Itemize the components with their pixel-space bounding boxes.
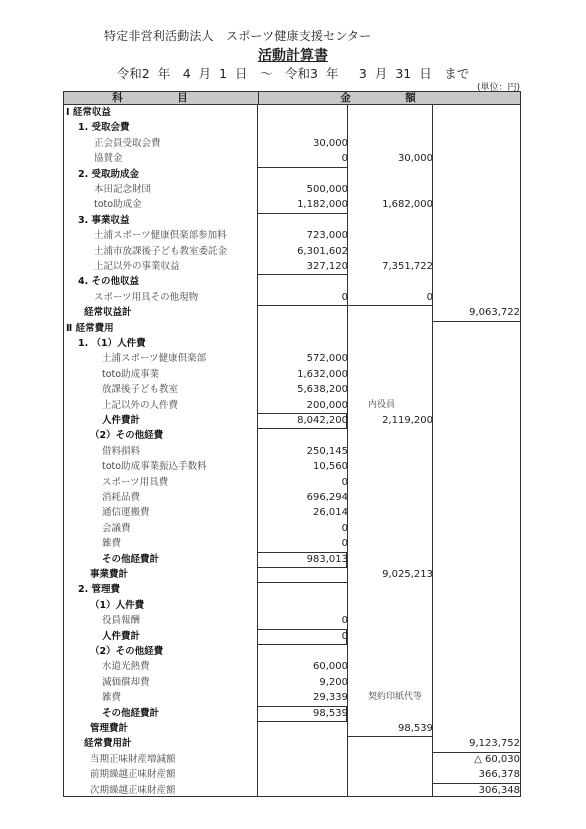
- row-label: 上記以外の人件費: [102, 398, 178, 413]
- rule-line: [257, 167, 347, 168]
- table-row: 土浦市放課後子ども教室委託金6,301,602: [64, 244, 520, 259]
- table-row: 1. （1）人件費: [64, 336, 520, 351]
- amount-c2: 572,000: [258, 351, 348, 366]
- row-label: 3. 事業収益: [78, 213, 130, 228]
- rule-line: [432, 752, 520, 753]
- row-label: 土浦スポーツ健康倶楽部参加料: [94, 228, 227, 243]
- row-label: 1. 受取会費: [78, 120, 130, 135]
- row-label: 人件費計: [102, 413, 140, 428]
- table-row: 土浦スポーツ健康倶楽部参加料723,000: [64, 228, 520, 243]
- table-row: 当期正味財産増減額△ 60,030: [64, 752, 520, 767]
- header-amount: 金 額: [258, 92, 520, 104]
- row-label: （2）その他経費: [90, 644, 163, 659]
- amount-c2: 500,000: [258, 182, 348, 197]
- amount-c2: 60,000: [258, 659, 348, 674]
- amount-c2: 0: [258, 521, 348, 536]
- table-row: （2）その他経費: [64, 644, 520, 659]
- table-row: 次期繰越正味財産額306,348: [64, 783, 520, 798]
- amount-c4: 366,378: [433, 767, 520, 782]
- row-label: 1. （1）人件費: [78, 336, 146, 351]
- row-label: スポーツ用具費: [102, 475, 168, 490]
- table-row: toto助成事業1,632,000: [64, 367, 520, 382]
- organization-name: 特定非営利活動法人 スポーツ健康支援センター: [104, 27, 371, 44]
- amount-c4: 9,063,722: [433, 305, 520, 320]
- amount-c2: 1,182,000: [258, 197, 348, 212]
- amount-c4: △ 60,030: [433, 752, 520, 767]
- document-title: 活動計算書: [0, 45, 586, 65]
- amount-c2: 10,560: [258, 459, 348, 474]
- row-label: 人件費計: [102, 629, 140, 644]
- row-label: 次期繰越正味財産額: [90, 783, 176, 798]
- amount-c2: 723,000: [258, 228, 348, 243]
- row-label: 4. その他収益: [78, 274, 139, 289]
- table-row: （2）その他経費: [64, 428, 520, 443]
- row-label: Ⅰ 経常収益: [66, 105, 111, 120]
- amount-c2: 200,000: [258, 398, 348, 413]
- row-label: 土浦市放課後子ども教室委託金: [94, 244, 227, 259]
- row-label: 経常収益計: [84, 305, 132, 320]
- rule-line: [257, 274, 347, 275]
- table-header: 科 目 金 額: [63, 91, 521, 105]
- row-label: 事業費計: [90, 567, 128, 582]
- document-title-text: 活動計算書: [258, 48, 328, 64]
- table-row: 4. その他収益: [64, 274, 520, 289]
- table-row: スポーツ用具費0: [64, 475, 520, 490]
- table-row: 雑費29,339契約印紙代等: [64, 690, 520, 705]
- table-row: （1）人件費: [64, 598, 520, 613]
- table-row: 2. 管理費: [64, 582, 520, 597]
- table-row: 放課後子ども教室5,638,200: [64, 382, 520, 397]
- row-label: 放課後子ども教室: [102, 382, 178, 397]
- table-row: 経常費用計9,123,752: [64, 736, 520, 751]
- row-label: 会議費: [102, 521, 131, 536]
- table-row: 借料損料250,145: [64, 444, 520, 459]
- amount-c2: 0: [258, 475, 348, 490]
- amount-c2: 696,294: [258, 490, 348, 505]
- subtotal-box: [257, 706, 347, 722]
- amount-c4: 9,123,752: [433, 736, 520, 751]
- table-row: 減価償却費9,200: [64, 675, 520, 690]
- amount-c3: 2,119,200: [348, 413, 433, 428]
- rule-line: [257, 582, 347, 583]
- amount-c3: 1,682,000: [348, 197, 433, 212]
- amount-c2: 1,632,000: [258, 367, 348, 382]
- amount-c3: 9,025,213: [348, 567, 433, 582]
- amount-c3: 7,351,722: [348, 259, 433, 274]
- table-row: 経常収益計9,063,722: [64, 305, 520, 320]
- row-label: （2）その他経費: [90, 428, 163, 443]
- amount-c2: 250,145: [258, 444, 348, 459]
- table-row: 協賛金030,000: [64, 151, 520, 166]
- row-label: 減価償却費: [102, 675, 150, 690]
- table-row: 正会員受取会費30,000: [64, 136, 520, 151]
- row-label: 上記以外の事業収益: [94, 259, 180, 274]
- row-label: その他経費計: [102, 706, 159, 721]
- table-row: 雑費0: [64, 536, 520, 551]
- rule-line: [432, 783, 520, 784]
- table-row: 役員報酬0: [64, 613, 520, 628]
- subtotal-box: [257, 413, 347, 429]
- amount-c2: 9,200: [258, 675, 348, 690]
- subtotal-box: [257, 552, 347, 568]
- row-note: 内役員: [368, 398, 395, 413]
- row-label: 借料損料: [102, 444, 140, 459]
- row-label: 本田記念財団: [94, 182, 151, 197]
- amount-c2: 5,638,200: [258, 382, 348, 397]
- rule-line: [257, 721, 347, 722]
- row-label: その他経費計: [102, 552, 159, 567]
- amount-c3: 0: [348, 290, 433, 305]
- row-label: 管理費計: [90, 721, 128, 736]
- row-label: toto助成事業: [102, 367, 159, 382]
- table-row: 2. 受取助成金: [64, 167, 520, 182]
- amount-c3: 98,539: [348, 721, 433, 736]
- row-label: 雑費: [102, 536, 121, 551]
- rule-line: [347, 736, 432, 737]
- table-row: 会議費0: [64, 521, 520, 536]
- row-label: 正会員受取会費: [94, 136, 161, 151]
- row-label: 土浦スポーツ健康倶楽部: [102, 351, 206, 366]
- table-row: 本田記念財団500,000: [64, 182, 520, 197]
- table-row: 1. 受取会費: [64, 120, 520, 135]
- table-row: 水道光熱費60,000: [64, 659, 520, 674]
- table-body: Ⅰ 経常収益1. 受取会費正会員受取会費30,000協賛金030,0002. 受…: [63, 105, 521, 797]
- row-label: toto助成金: [94, 197, 142, 212]
- table-row: Ⅰ 経常収益: [64, 105, 520, 120]
- table-row: 管理費計98,539: [64, 721, 520, 736]
- table-row: 上記以外の事業収益327,1207,351,722: [64, 259, 520, 274]
- row-label: 水道光熱費: [102, 659, 150, 674]
- amount-c3: 30,000: [348, 151, 433, 166]
- row-label: 2. 管理費: [78, 582, 120, 597]
- row-label: （1）人件費: [90, 598, 144, 613]
- activity-statement-table: 科 目 金 額 Ⅰ 経常収益1. 受取会費正会員受取会費30,000協賛金030…: [63, 91, 521, 797]
- row-label: 当期正味財産増減額: [90, 752, 176, 767]
- rule-line: [347, 305, 432, 306]
- amount-c2: 0: [258, 290, 348, 305]
- row-label: 雑費: [102, 690, 121, 705]
- row-label: 消耗品費: [102, 490, 140, 505]
- row-label: 経常費用計: [84, 736, 132, 751]
- amount-c2: 6,301,602: [258, 244, 348, 259]
- table-row: 事業費計9,025,213: [64, 567, 520, 582]
- table-row: 3. 事業収益: [64, 213, 520, 228]
- row-label: スポーツ用具その他現物: [94, 290, 198, 305]
- amount-c4: 306,348: [433, 783, 520, 798]
- row-label: toto助成事業振込手数料: [102, 459, 207, 474]
- table-row: toto助成事業振込手数料10,560: [64, 459, 520, 474]
- row-label: 通信運搬費: [102, 505, 150, 520]
- table-row: 消耗品費696,294: [64, 490, 520, 505]
- table-row: 通信運搬費26,014: [64, 505, 520, 520]
- row-label: 2. 受取助成金: [78, 167, 139, 182]
- table-row: スポーツ用具その他現物00: [64, 290, 520, 305]
- row-label: 前期繰越正味財産額: [90, 767, 176, 782]
- row-label: 役員報酬: [102, 613, 140, 628]
- header-account: 科 目: [64, 92, 259, 104]
- table-row: 前期繰越正味財産額366,378: [64, 767, 520, 782]
- rule-line: [432, 321, 520, 322]
- table-row: toto助成金1,182,0001,682,000: [64, 197, 520, 212]
- amount-c2: 30,000: [258, 136, 348, 151]
- amount-c2: 327,120: [258, 259, 348, 274]
- table-row: 土浦スポーツ健康倶楽部572,000: [64, 351, 520, 366]
- amount-c2: 0: [258, 536, 348, 551]
- row-note: 契約印紙代等: [368, 690, 422, 705]
- row-label: Ⅱ 経常費用: [66, 321, 114, 336]
- amount-c2: 29,339: [258, 690, 348, 705]
- rule-line: [257, 213, 347, 214]
- subtotal-box: [257, 629, 347, 645]
- amount-c2: 26,014: [258, 505, 348, 520]
- amount-c2: 0: [258, 151, 348, 166]
- table-row: 上記以外の人件費200,000内役員: [64, 398, 520, 413]
- row-label: 協賛金: [94, 151, 123, 166]
- table-row: Ⅱ 経常費用: [64, 321, 520, 336]
- amount-c2: 0: [258, 613, 348, 628]
